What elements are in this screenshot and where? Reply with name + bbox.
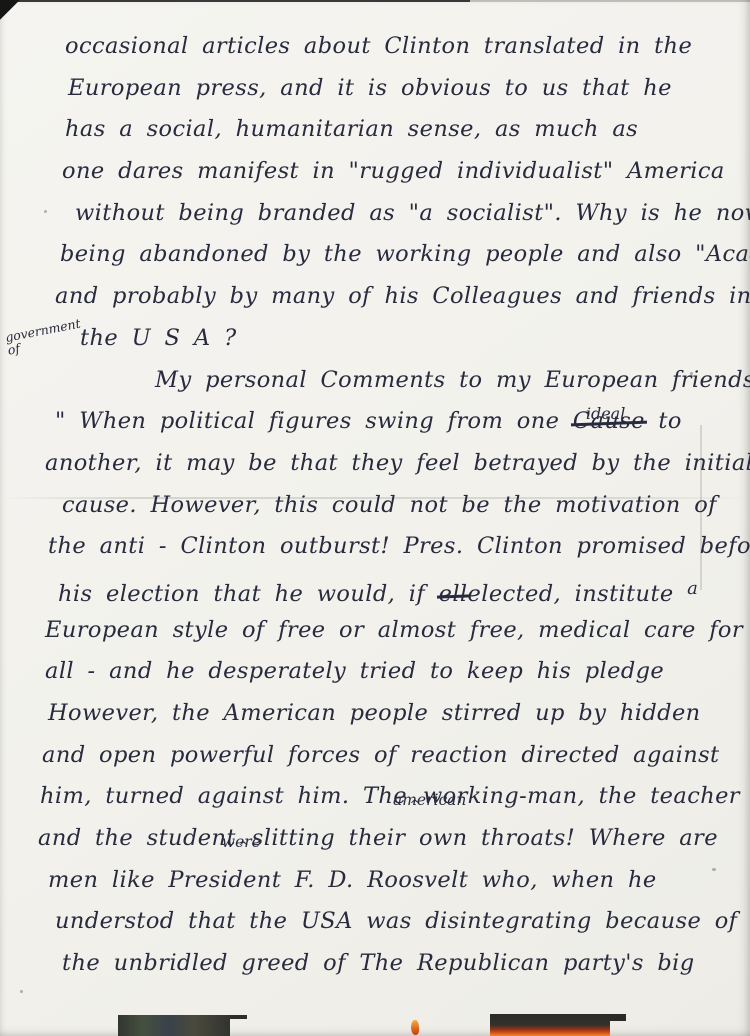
line-text: to (645, 408, 682, 434)
inserted-word: were (222, 835, 261, 850)
handwritten-line: another, it may be that they feel betray… (45, 443, 750, 485)
handwritten-line: the unbridled greed of The Republican pa… (62, 943, 750, 985)
handwritten-line: European style of free or almost free, m… (45, 610, 750, 652)
line-text: the unbridled greed of The Republican pa… (62, 950, 695, 976)
handwritten-line: and open powerful forces of reaction dir… (42, 735, 750, 777)
handwritten-line: understod that the USA was disintegratin… (55, 901, 750, 943)
handwritten-line: his election that he would, if ellelecte… (58, 568, 750, 610)
scan-top-edge-faint (470, 0, 750, 2)
line-text: cause. However, this could not be the mo… (62, 492, 717, 518)
correction-cause-ideal: idealCause (573, 401, 645, 443)
handwritten-line: all - and he desperately tried to keep h… (45, 651, 750, 693)
handwritten-line: My personal Comments to my European frie… (155, 360, 750, 402)
handwritten-line: and probably by many of his Colleagues a… (55, 276, 750, 318)
handwritten-line: However, the American people stirred up … (48, 693, 750, 735)
handwritten-line: without being branded as "a socialist". … (75, 193, 750, 235)
handwritten-line: being abandoned by the working people an… (60, 234, 750, 276)
letter-page: occasional articles about Clinton transl… (0, 0, 750, 1036)
line-text: and probably by many of his Colleagues a… (55, 283, 750, 309)
line-text: understod that the USA was disintegratin… (55, 908, 737, 934)
line-text: and the student (38, 825, 236, 851)
line-text: European press, and it is obvious to us … (68, 75, 672, 101)
line-text: However, the American people stirred up … (48, 700, 701, 726)
handwritten-line: " When political figures swing from one … (55, 401, 750, 443)
line-text: him, turned against him. The (40, 783, 407, 809)
handwritten-line: cause. However, this could not be the mo… (62, 485, 750, 527)
handwritten-line: European press, and it is obvious to us … (68, 68, 750, 110)
photo-edge-right (490, 1014, 610, 1036)
line-text: elected, institute (468, 581, 688, 607)
handwritten-line: the anti - Clinton outburst! Pres. Clint… (48, 526, 750, 568)
line-text: occasional articles about Clinton transl… (65, 33, 692, 59)
line-text: men like President F. D. Roosvelt who, w… (48, 867, 657, 893)
line-text: being abandoned by the working people an… (60, 241, 750, 267)
photo-edge-left (118, 1015, 230, 1036)
line-text: one dares manifest in "rugged individual… (62, 158, 725, 184)
raised-word: a (687, 578, 698, 599)
handwritten-line: one dares manifest in "rugged individual… (62, 151, 750, 193)
line-text: another, it may be that they feel betray… (45, 450, 750, 476)
inserted-word: american (393, 793, 466, 808)
scan-corner-mark (0, 0, 20, 20)
line-text: " When political figures swing from one (55, 408, 573, 434)
handwritten-line: government of the U S A ? (80, 318, 750, 360)
line-text: My personal Comments to my European frie… (155, 367, 750, 393)
struck-word: Cause (573, 408, 645, 434)
handwritten-line: and the studentwere^slitting their own t… (38, 818, 750, 860)
line-text: and open powerful forces of reaction dir… (42, 742, 720, 768)
handwritten-line: men like President F. D. Roosvelt who, w… (48, 860, 750, 902)
line-text: the U S A ? (80, 325, 237, 351)
line-text: the anti - Clinton outburst! Pres. Clint… (48, 533, 750, 559)
handwritten-line: him, turned against him. Theamerican^wor… (40, 776, 750, 818)
scan-speckle (20, 990, 23, 993)
handwritten-line: occasional articles about Clinton transl… (65, 26, 750, 68)
handwritten-line: has a social, humanitarian sense, as muc… (65, 109, 750, 151)
margin-insertion-government-of: government of (4, 319, 70, 356)
flame-smudge-mark (410, 1020, 420, 1036)
line-text: without being branded as "a socialist". … (75, 200, 750, 226)
line-text: European style of free or almost free, m… (45, 617, 743, 643)
line-text: working-man, the teacher (423, 783, 740, 809)
line-text: slitting their own throats! Where are (252, 825, 718, 851)
line-text: has a social, humanitarian sense, as muc… (65, 116, 638, 142)
scan-top-edge (0, 0, 470, 2)
line-text: all - and he desperately tried to keep h… (45, 658, 664, 684)
struck-word: ell (439, 581, 468, 607)
letter-body: occasional articles about Clinton transl… (0, 26, 750, 985)
line-text: his election that he would, if (58, 581, 439, 607)
